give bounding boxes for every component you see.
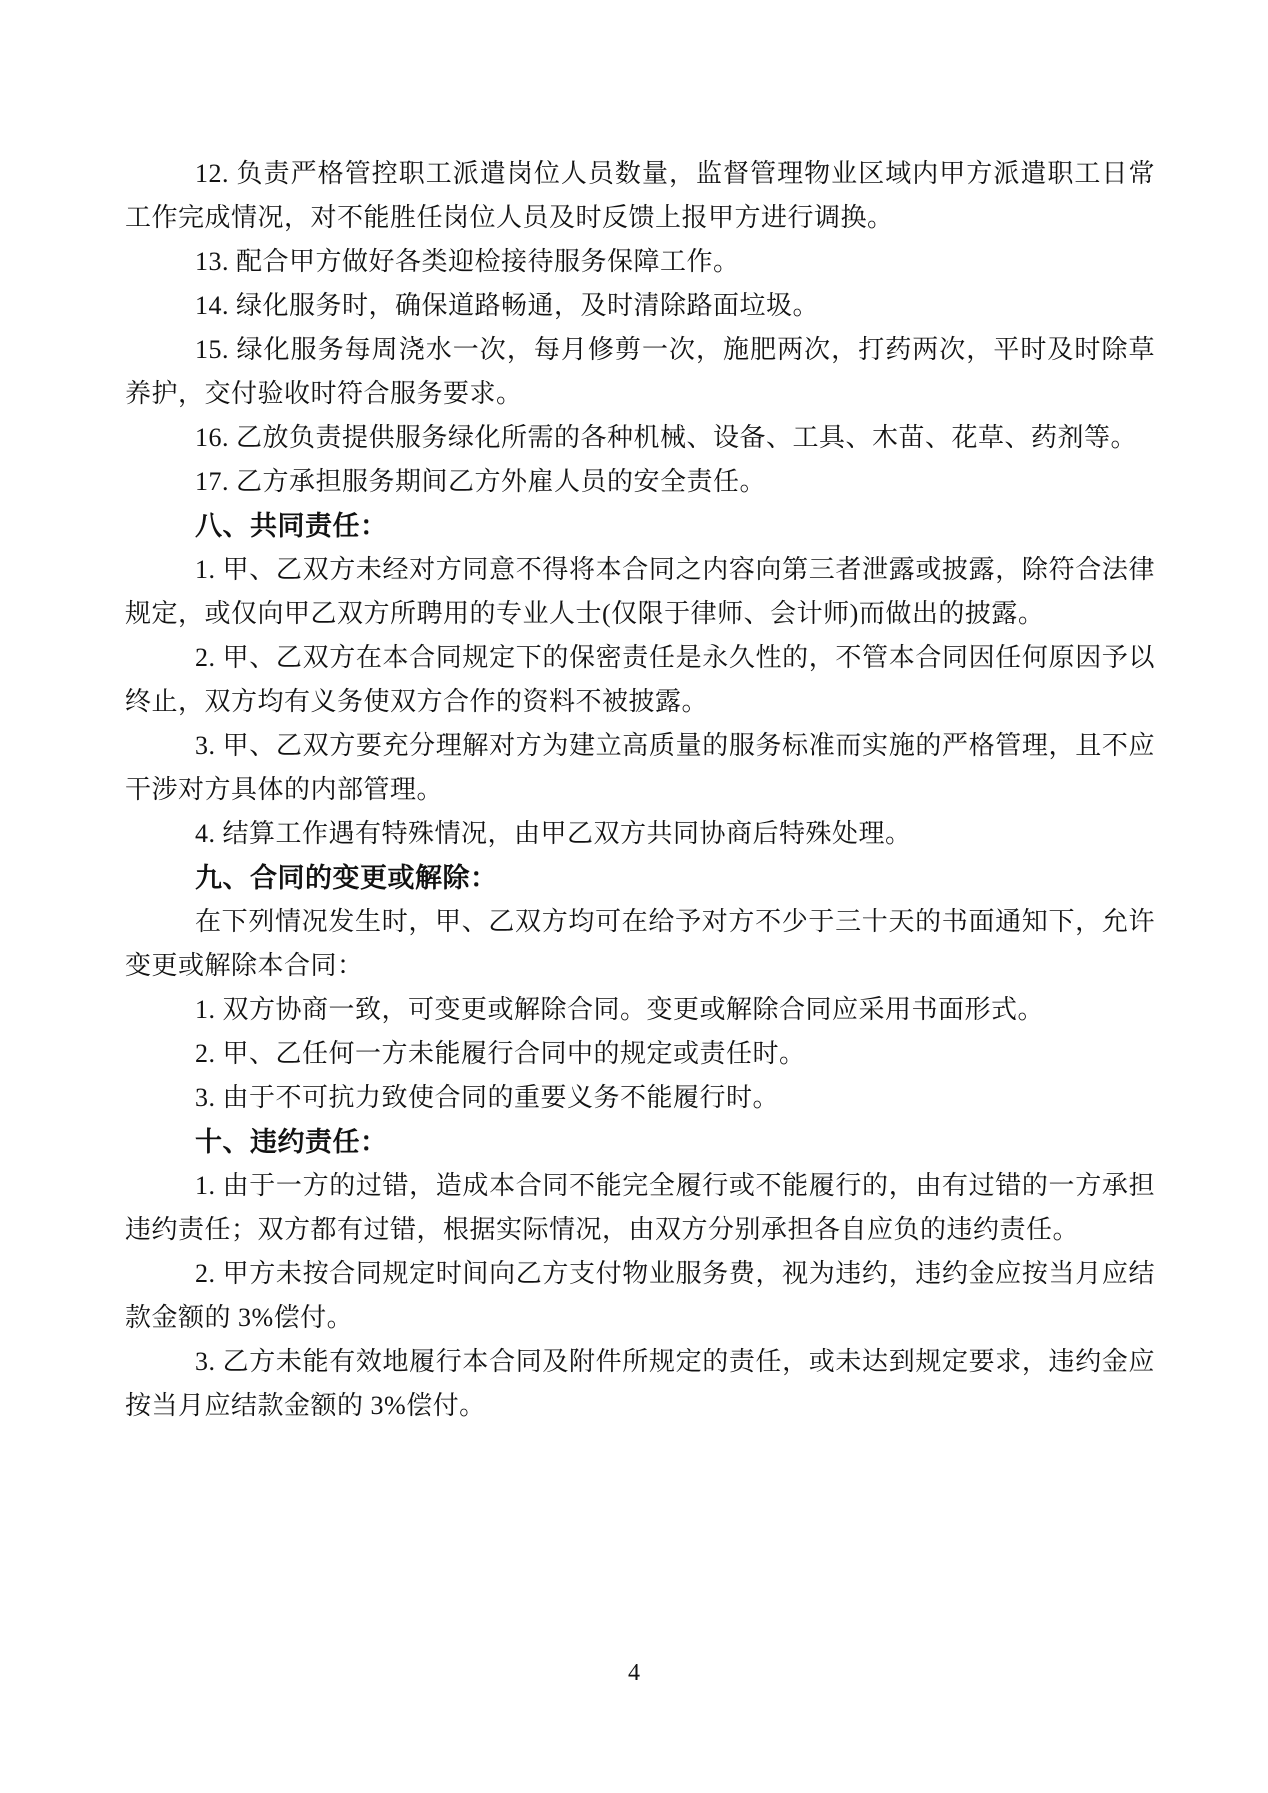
page-number: 4 [0, 1660, 1268, 1687]
clause-16: 16. 乙放负责提供服务绿化所需的各种机械、设备、工具、木苗、花草、药剂等。 [125, 416, 1155, 460]
section-heading-9: 九、合同的变更或解除： [125, 856, 1155, 900]
clause-9-3: 3. 由于不可抗力致使合同的重要义务不能履行时。 [125, 1076, 1155, 1120]
clause-9-2: 2. 甲、乙任何一方未能履行合同中的规定或责任时。 [125, 1032, 1155, 1076]
clause-10-1: 1. 由于一方的过错，造成本合同不能完全履行或不能履行的，由有过错的一方承担违约… [125, 1164, 1155, 1252]
clause-13: 13. 配合甲方做好各类迎检接待服务保障工作。 [125, 240, 1155, 284]
contract-page: 12. 负责严格管控职工派遣岗位人员数量，监督管理物业区域内甲方派遣职工日常工作… [0, 0, 1268, 1793]
clause-15: 15. 绿化服务每周浇水一次，每月修剪一次，施肥两次，打药两次，平时及时除草养护… [125, 328, 1155, 416]
clause-10-3: 3. 乙方未能有效地履行本合同及附件所规定的责任，或未达到规定要求，违约金应按当… [125, 1340, 1155, 1428]
clause-8-2: 2. 甲、乙双方在本合同规定下的保密责任是永久性的，不管本合同因任何原因予以终止… [125, 636, 1155, 724]
clause-8-3: 3. 甲、乙双方要充分理解对方为建立高质量的服务标准而实施的严格管理，且不应干涉… [125, 724, 1155, 812]
section-heading-10: 十、违约责任： [125, 1120, 1155, 1164]
clause-14: 14. 绿化服务时，确保道路畅通，及时清除路面垃圾。 [125, 284, 1155, 328]
clause-17: 17. 乙方承担服务期间乙方外雇人员的安全责任。 [125, 460, 1155, 504]
contract-body: 12. 负责严格管控职工派遣岗位人员数量，监督管理物业区域内甲方派遣职工日常工作… [125, 152, 1155, 1428]
clause-9-1: 1. 双方协商一致，可变更或解除合同。变更或解除合同应采用书面形式。 [125, 988, 1155, 1032]
clause-8-4: 4. 结算工作遇有特殊情况，由甲乙双方共同协商后特殊处理。 [125, 812, 1155, 856]
clause-10-2: 2. 甲方未按合同规定时间向乙方支付物业服务费，视为违约，违约金应按当月应结款金… [125, 1252, 1155, 1340]
section-heading-8: 八、共同责任： [125, 504, 1155, 548]
clause-9-intro: 在下列情况发生时，甲、乙双方均可在给予对方不少于三十天的书面通知下，允许变更或解… [125, 900, 1155, 988]
clause-12: 12. 负责严格管控职工派遣岗位人员数量，监督管理物业区域内甲方派遣职工日常工作… [125, 152, 1155, 240]
clause-8-1: 1. 甲、乙双方未经对方同意不得将本合同之内容向第三者泄露或披露，除符合法律规定… [125, 548, 1155, 636]
